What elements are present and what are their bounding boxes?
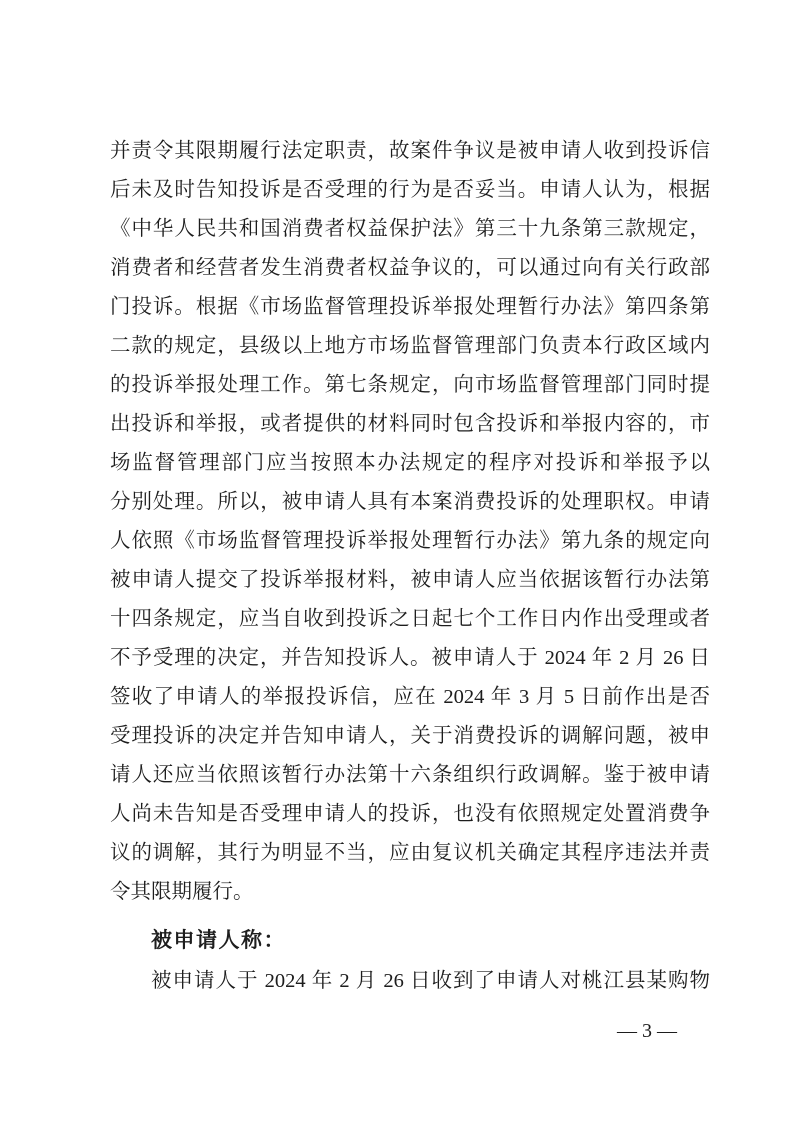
text-line: 门投诉。根据《市场监督管理投诉举报处理暂行办法》第四条第 bbox=[110, 288, 710, 327]
text-line: 消费者和经营者发生消费者权益争议的，可以通过向有关行政部 bbox=[110, 249, 710, 288]
text-line: 人依照《市场监督管理投诉举报处理暂行办法》第九条的规定向 bbox=[110, 522, 710, 561]
text-line: 请人还应当依照该暂行办法第十六条组织行政调解。鉴于被申请 bbox=[110, 756, 710, 795]
text-line: 不予受理的决定，并告知投诉人。被申请人于 2024 年 2 月 26 日 bbox=[110, 639, 710, 678]
page-number: — 3 — bbox=[617, 1018, 677, 1044]
section-heading-respondent: 被申请人称： bbox=[110, 920, 710, 962]
text-line: 并责令其限期履行法定职责，故案件争议是被申请人收到投诉信 bbox=[110, 132, 710, 171]
text-line: 出投诉和举报，或者提供的材料同时包含投诉和举报内容的，市 bbox=[110, 405, 710, 444]
text-line: 二款的规定，县级以上地方市场监督管理部门负责本行政区域内 bbox=[110, 327, 710, 366]
text-line: 十四条规定，应当自收到投诉之日起七个工作日内作出受理或者 bbox=[110, 600, 710, 639]
text-line: 场监督管理部门应当按照本办法规定的程序对投诉和举报予以 bbox=[110, 444, 710, 483]
text-line: 签收了申请人的举报投诉信，应在 2024 年 3 月 5 日前作出是否 bbox=[110, 678, 710, 717]
text-line: 分别处理。所以，被申请人具有本案消费投诉的处理职权。申请 bbox=[110, 483, 710, 522]
document-page: 并责令其限期履行法定职责，故案件争议是被申请人收到投诉信后未及时告知投诉是否受理… bbox=[0, 0, 793, 1122]
document-body: 并责令其限期履行法定职责，故案件争议是被申请人收到投诉信后未及时告知投诉是否受理… bbox=[110, 132, 710, 1001]
text-line: 被申请人于 2024 年 2 月 26 日收到了申请人对桃江县某购物 bbox=[110, 962, 710, 1001]
text-line: 被申请人提交了投诉举报材料，被申请人应当依据该暂行办法第 bbox=[110, 561, 710, 600]
text-line: 令其限期履行。 bbox=[110, 873, 710, 912]
text-line: 的投诉举报处理工作。第七条规定，向市场监督管理部门同时提 bbox=[110, 366, 710, 405]
text-line: 人尚未告知是否受理申请人的投诉，也没有依照规定处置消费争 bbox=[110, 795, 710, 834]
text-line: 后未及时告知投诉是否受理的行为是否妥当。申请人认为，根据 bbox=[110, 171, 710, 210]
paragraph-respondent-statement: 被申请人于 2024 年 2 月 26 日收到了申请人对桃江县某购物 bbox=[110, 962, 710, 1001]
paragraph-applicant-argument: 并责令其限期履行法定职责，故案件争议是被申请人收到投诉信后未及时告知投诉是否受理… bbox=[110, 132, 710, 912]
text-line: 受理投诉的决定并告知申请人，关于消费投诉的调解问题，被申 bbox=[110, 717, 710, 756]
text-line: 议的调解，其行为明显不当，应由复议机关确定其程序违法并责 bbox=[110, 834, 710, 873]
text-line: 《中华人民共和国消费者权益保护法》第三十九条第三款规定， bbox=[110, 210, 710, 249]
